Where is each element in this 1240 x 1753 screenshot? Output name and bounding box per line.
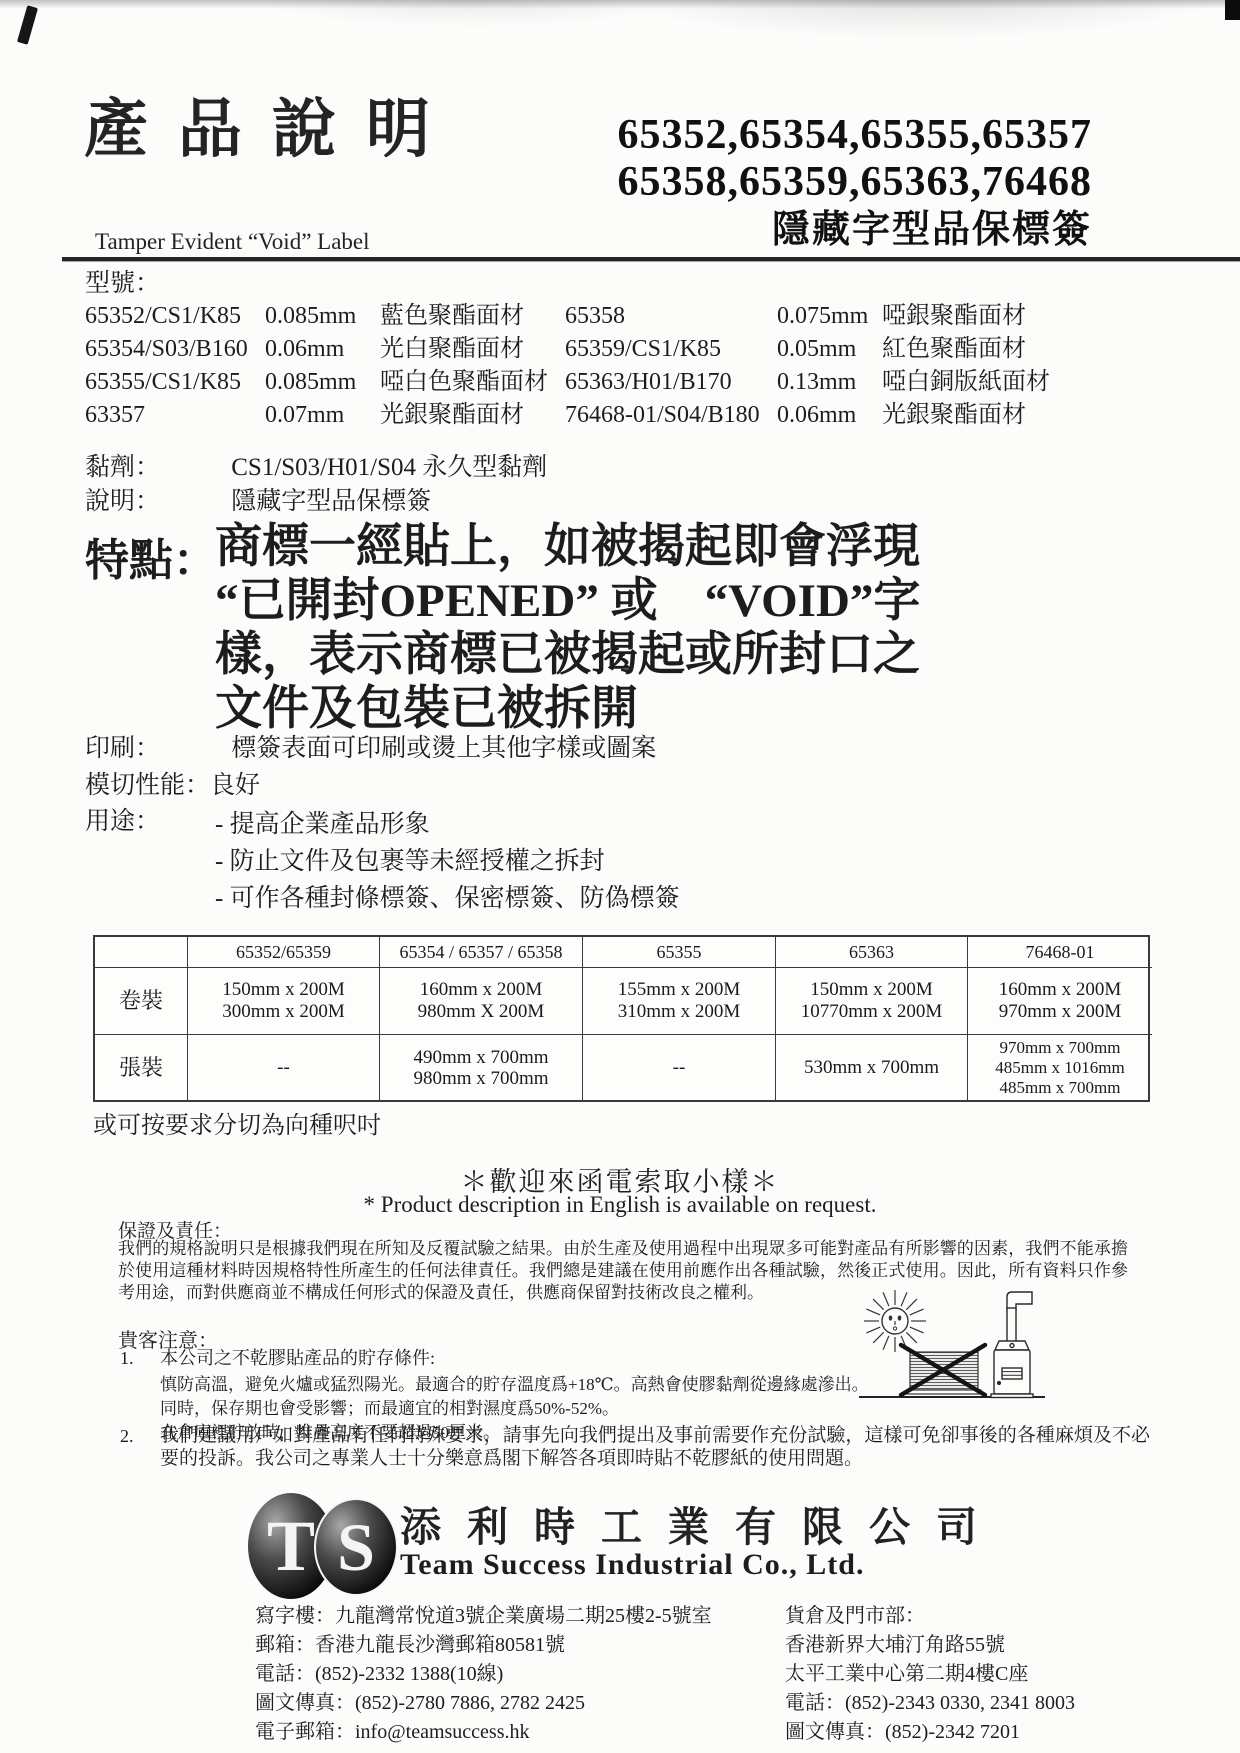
sun-icon: [864, 1290, 926, 1352]
model-thickness: 0.07mm: [265, 399, 380, 432]
size-value: --: [673, 1057, 686, 1078]
warehouse-contact-block: 貨倉及門市部： 香港新界大埔汀角路55號 太平工業中心第二期4樓C座 電話：(8…: [785, 1602, 1075, 1747]
size-value: --: [277, 1057, 290, 1078]
table-cell: 160mm x 200M 970mm x 200M: [967, 967, 1152, 1034]
description-value: 隱藏字型品保標簽: [231, 488, 431, 515]
model-material: 啞白銅版紙面材: [882, 366, 1145, 399]
size-value: 970mm x 700mm: [1000, 1038, 1121, 1058]
printing-value: 標簽表面可印刷或燙上其他字樣或圖案: [231, 735, 656, 762]
table-row-label: 張裝: [95, 1034, 187, 1100]
size-value: 150mm x 200M: [810, 979, 932, 1001]
model-code: 65352/CS1/K85: [85, 300, 265, 333]
features-label: 特點：: [85, 524, 217, 588]
table-cell: 150mm x 200M 300mm x 200M: [187, 967, 379, 1034]
features-line: 文件及包裝已被拆開: [215, 682, 1075, 736]
table-header-cell: [95, 937, 187, 967]
warehouse-fax-line: 圖文傳真：(852)-2342 7201: [785, 1718, 1075, 1747]
adhesive-row: 黏劑： CS1/S03/H01/S04 永久型黏劑: [85, 452, 547, 484]
warehouse-address-line: 太平工業中心第二期4樓C座: [785, 1660, 1075, 1689]
printing-row: 印刷： 標簽表面可印刷或燙上其他字樣或圖案: [85, 733, 656, 765]
model-thickness: 0.085mm: [265, 300, 380, 333]
description-label: 說明：: [85, 486, 225, 518]
model-code: 65363/H01/B170: [565, 366, 777, 399]
table-cell: 150mm x 200M 10770mm x 200M: [775, 967, 967, 1034]
warehouse-phone-line: 電話：(852)-2343 0330, 2341 8003: [785, 1689, 1075, 1718]
size-value: 980mm x 700mm: [413, 1068, 548, 1089]
usage-item: - 提高企業產品形象: [215, 806, 680, 843]
size-value: 160mm x 200M: [420, 979, 542, 1001]
logo-letter-s: S: [337, 1509, 375, 1585]
header-rule: [62, 257, 1240, 261]
diecut-row: 模切性能：良好: [85, 770, 260, 802]
model-numbers-line2: 65358,65359,65363,76468: [618, 159, 1093, 206]
header-model-numbers: 65352,65354,65355,65357 65358,65359,6536…: [618, 112, 1093, 253]
header-model-subtitle: 隱藏字型品保標簽: [618, 207, 1093, 253]
office-email-line: 電子郵箱：info@teamsuccess.hk: [255, 1718, 712, 1747]
size-value: 485mm x 700mm: [1000, 1078, 1121, 1098]
table-cell: 530mm x 700mm: [775, 1034, 967, 1100]
model-material: 光銀聚酯面材: [882, 399, 1145, 432]
size-value: 310mm x 200M: [618, 1001, 740, 1023]
features-line: “已開封OPENED” 或 “VOID”字: [215, 574, 1075, 628]
model-thickness: 0.05mm: [777, 333, 882, 366]
model-code: 65354/S03/B160: [85, 333, 265, 366]
model-code: 76468-01/S04/B180: [565, 399, 777, 432]
model-material: 藍色聚酯面材: [380, 300, 565, 333]
company-name-cn: 添利時工業有限公司: [400, 1494, 1003, 1553]
office-address-line: 寫字樓：九龍灣常悅道3號企業廣場二期25樓2-5號室: [255, 1602, 712, 1631]
model-code: 65359/CS1/K85: [565, 333, 777, 366]
model-numbers-line1: 65352,65354,65355,65357: [618, 112, 1093, 159]
subtitle-english: Tamper Evident “Void” Label: [95, 229, 370, 255]
model-section-label: 型號：: [85, 268, 160, 300]
model-code: 63357: [85, 399, 265, 432]
model-material: 啞白色聚酯面材: [380, 366, 565, 399]
table-header-cell: 65363: [775, 937, 967, 967]
adhesive-label: 黏劑：: [85, 452, 225, 484]
model-material: 光銀聚酯面材: [380, 399, 565, 432]
description-row: 說明： 隱藏字型品保標簽: [85, 486, 431, 518]
features-line: 樣，表示商標已被揭起或所封口之: [215, 628, 1075, 682]
table-cell: 970mm x 700mm 485mm x 1016mm 485mm x 700…: [967, 1034, 1152, 1100]
usage-item: - 防止文件及包裹等未經授權之拆封: [215, 843, 680, 880]
model-thickness: 0.06mm: [777, 399, 882, 432]
model-thickness: 0.06mm: [265, 333, 380, 366]
stove-icon: [991, 1292, 1033, 1398]
notice-item-2: 2. 我們建議用戶如對產品有任何特殊要求，請事先向我們提出及事前需要作充份試驗，…: [120, 1424, 1150, 1470]
size-value: 300mm x 200M: [222, 1001, 344, 1023]
table-header-cell: 65355: [582, 937, 775, 967]
size-table: 65352/65359 65354 / 65357 / 65358 65355 …: [93, 935, 1150, 1102]
warehouse-address-line: 香港新界大埔汀角路55號: [785, 1631, 1075, 1660]
table-cell: 160mm x 200M 980mm X 200M: [379, 967, 582, 1034]
adhesive-value: CS1/S03/H01/S04 永久型黏劑: [231, 454, 547, 481]
model-thickness: 0.13mm: [777, 366, 882, 399]
scanned-product-spec-sheet: 產品說明 65352,65354,65355,65357 65358,65359…: [0, 0, 1240, 1753]
table-header-cell: 76468-01: [967, 937, 1152, 967]
company-name-en: Team Success Industrial Co., Ltd.: [400, 1548, 864, 1582]
company-logo: T S: [245, 1490, 405, 1602]
model-material: 光白聚酯面材: [380, 333, 565, 366]
size-value: 10770mm x 200M: [801, 1001, 942, 1023]
size-value: 530mm x 700mm: [804, 1057, 939, 1078]
usage-item: - 可作各種封條標簽、保密標簽、防偽標簽: [215, 880, 680, 917]
scan-artifact-top-right: [1225, 0, 1240, 20]
table-cell: --: [187, 1034, 379, 1100]
model-list: 65352/CS1/K850.085mm藍色聚酯面材 653580.075mm啞…: [85, 300, 1145, 432]
size-value: 160mm x 200M: [999, 979, 1121, 1001]
model-code: 65358: [565, 300, 777, 333]
model-material: 啞銀聚酯面材: [882, 300, 1145, 333]
page-title: 產品說明: [84, 78, 460, 170]
size-value: 970mm x 200M: [999, 1001, 1121, 1023]
notice-line: 我們建議用戶如對產品有任何特殊要求，請事先向我們提出及事前需要作充份試驗，這樣可…: [160, 1424, 1150, 1470]
office-pobox-line: 郵箱：香港九龍長沙灣郵箱80581號: [255, 1631, 712, 1660]
diecut-label: 模切性能：: [85, 772, 210, 799]
usage-items: - 提高企業產品形象 - 防止文件及包裹等未經授權之拆封 - 可作各種封條標簽、…: [215, 806, 680, 917]
sample-note-en: * Product description in English is avai…: [0, 1192, 1240, 1218]
usage-label: 用途：: [85, 806, 215, 917]
table-header-cell: 65354 / 65357 / 65358: [379, 937, 582, 967]
size-value: 490mm x 700mm: [413, 1047, 548, 1068]
notice-number: 2.: [120, 1424, 134, 1448]
office-contact-block: 寫字樓：九龍灣常悅道3號企業廣場二期25樓2-5號室 郵箱：香港九龍長沙灣郵箱8…: [255, 1602, 712, 1747]
storage-warning-graphic: [855, 1288, 1050, 1406]
table-cell: 155mm x 200M 310mm x 200M: [582, 967, 775, 1034]
table-header-cell: 65352/65359: [187, 937, 379, 967]
table-cell: --: [582, 1034, 775, 1100]
table-cell: 490mm x 700mm 980mm x 700mm: [379, 1034, 582, 1100]
size-value: 980mm X 200M: [418, 1001, 545, 1023]
model-thickness: 0.075mm: [777, 300, 882, 333]
office-fax-line: 圖文傳真：(852)-2780 7886, 2782 2425: [255, 1689, 712, 1718]
features-line: 商標一經貼上，如被揭起即會浮現: [215, 520, 1075, 574]
office-phone-line: 電話：(852)-2332 1388(10線): [255, 1660, 712, 1689]
scan-artifact-top-left: [17, 5, 38, 45]
features-text: 商標一經貼上，如被揭起即會浮現 “已開封OPENED” 或 “VOID”字 樣，…: [215, 520, 1075, 736]
table-row-label: 卷裝: [95, 967, 187, 1034]
printing-label: 印刷：: [85, 733, 225, 765]
warehouse-title-line: 貨倉及門市部：: [785, 1602, 1075, 1631]
table-footnote: 或可按要求分切為向種呎吋: [93, 1105, 381, 1140]
logo-letter-t: T: [267, 1506, 315, 1586]
size-value: 150mm x 200M: [222, 979, 344, 1001]
model-thickness: 0.085mm: [265, 366, 380, 399]
usage-row: 用途： - 提高企業產品形象 - 防止文件及包裹等未經授權之拆封 - 可作各種封…: [85, 806, 680, 917]
model-code: 65355/CS1/K85: [85, 366, 265, 399]
size-value: 155mm x 200M: [618, 979, 740, 1001]
model-material: 紅色聚酯面材: [882, 333, 1145, 366]
size-value: 485mm x 1016mm: [995, 1058, 1124, 1078]
diecut-value: 良好: [210, 772, 260, 799]
notice-number: 1.: [120, 1346, 134, 1370]
